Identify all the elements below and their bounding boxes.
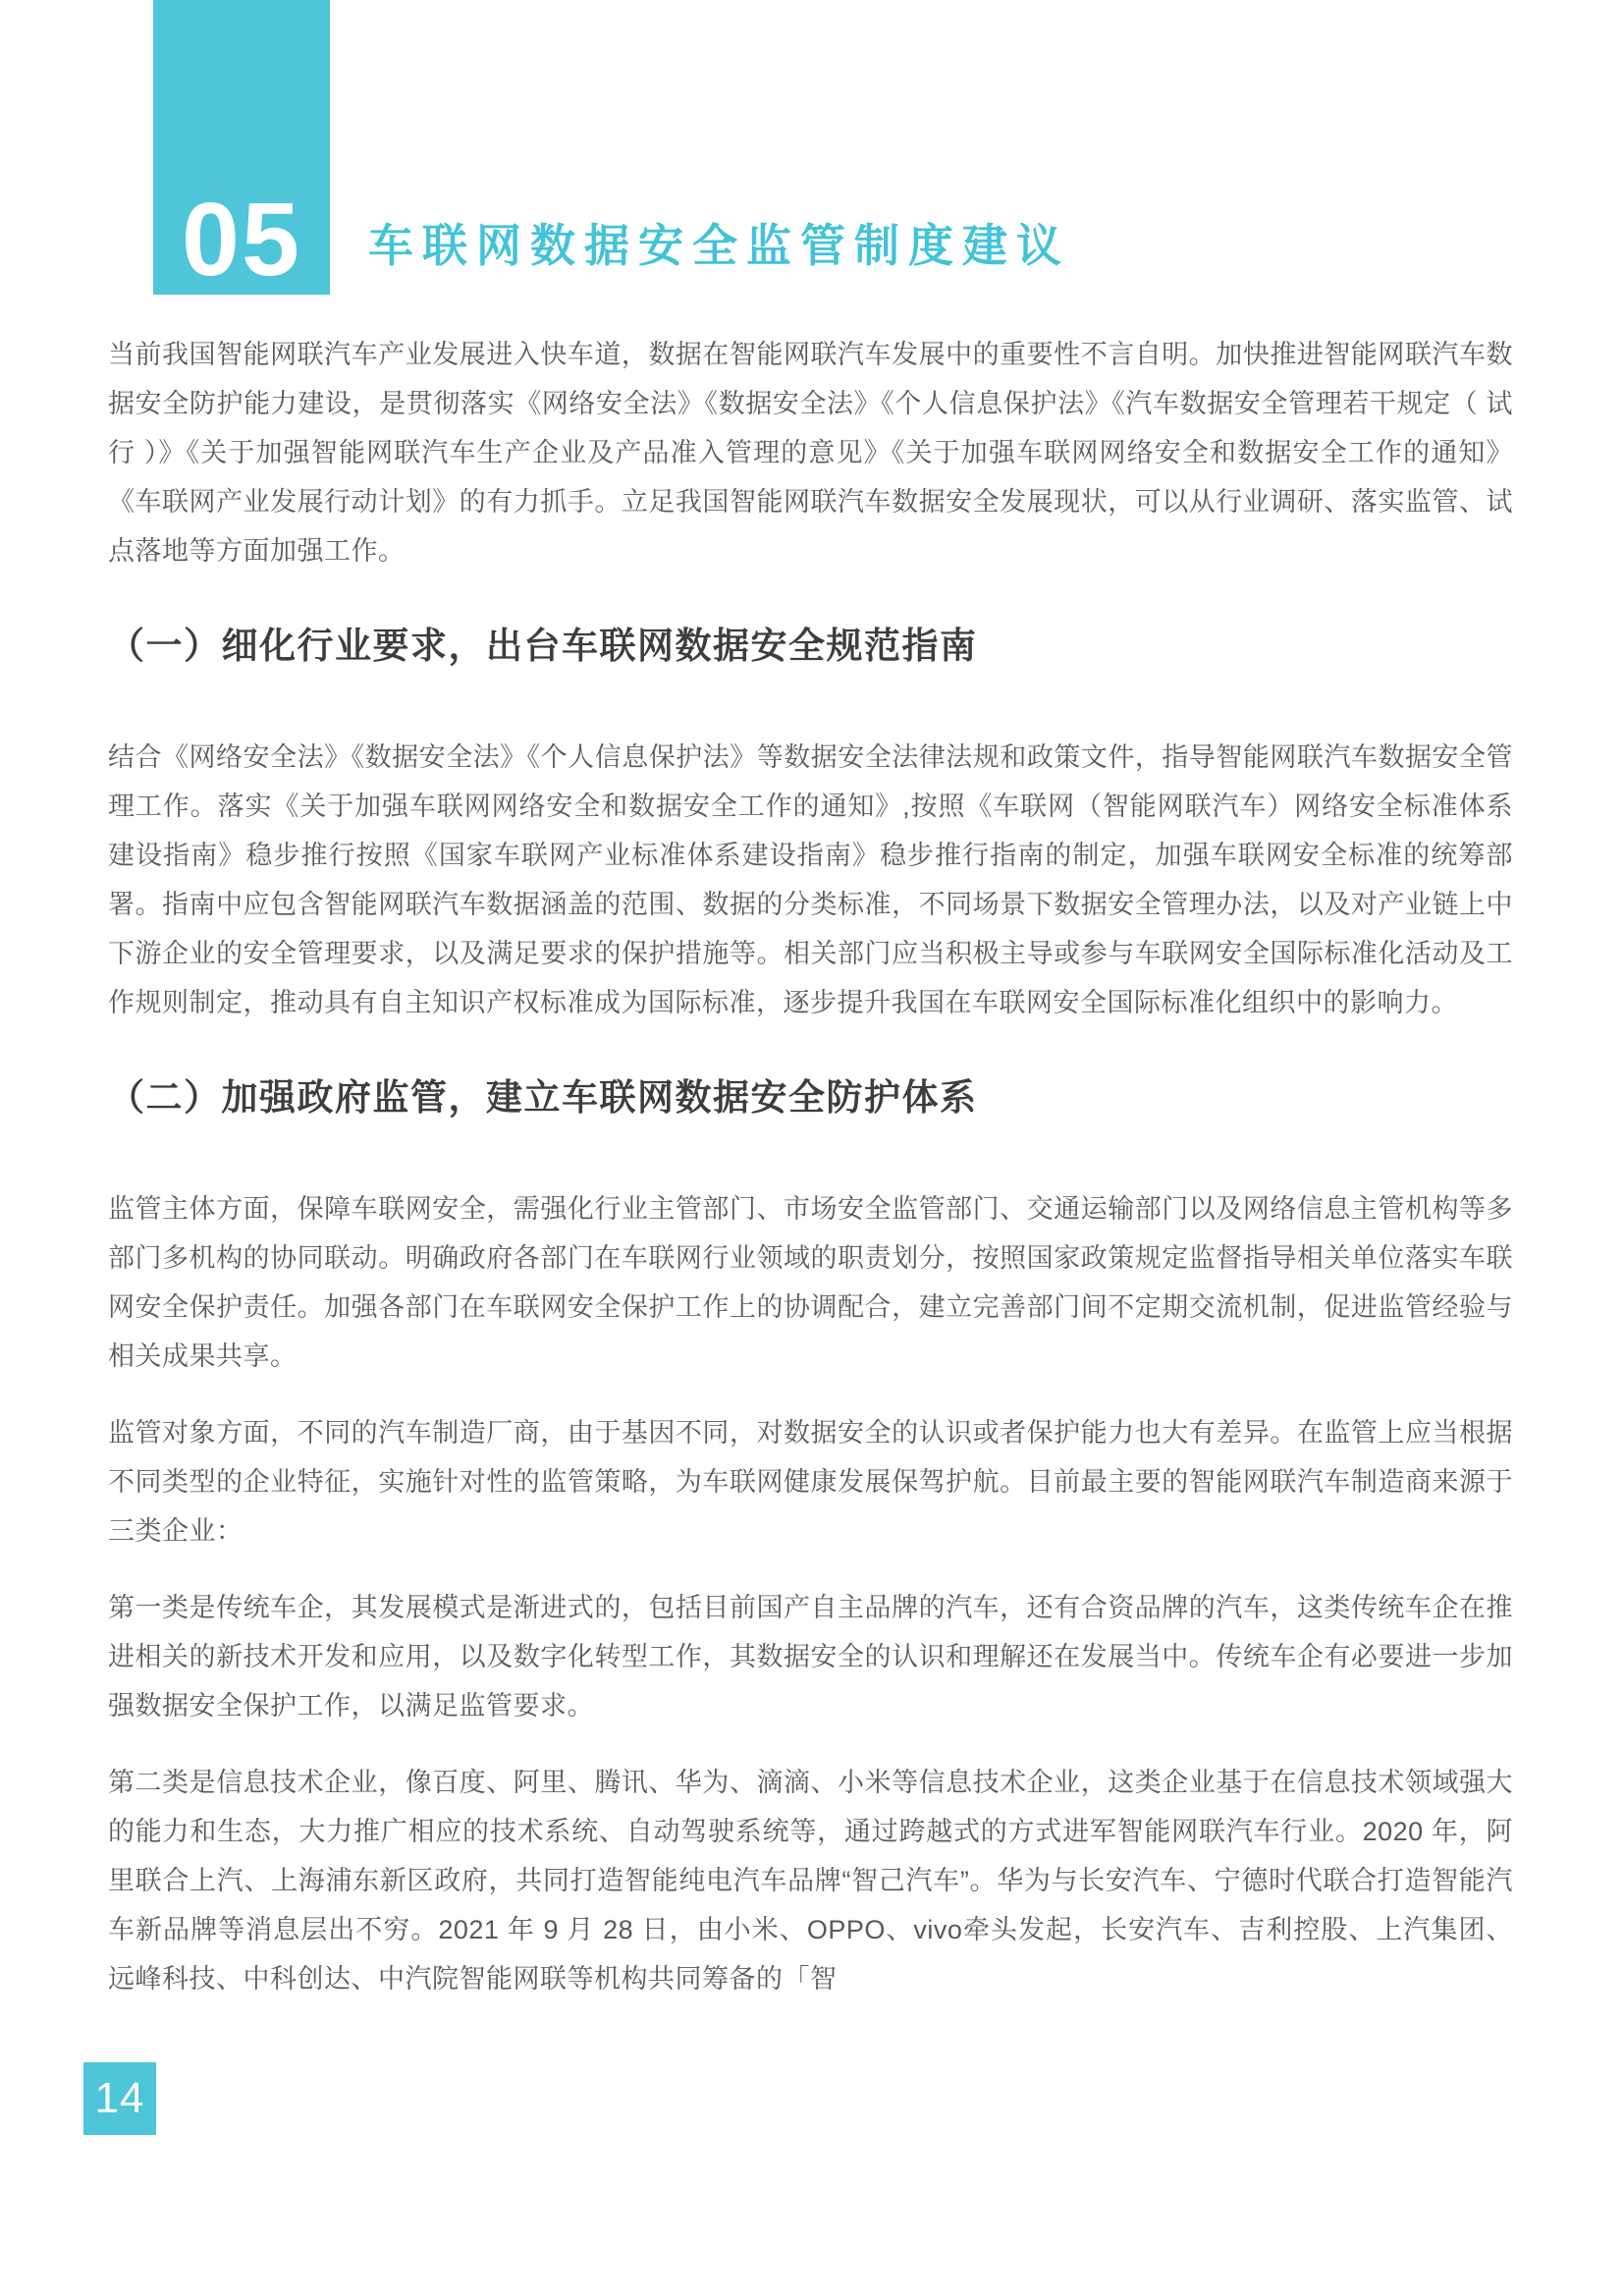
section-2-paragraph-2: 监管对象方面，不同的汽车制造厂商，由于基因不同，对数据安全的认识或者保护能力也大… — [108, 1408, 1513, 1556]
chapter-number-badge: 05 — [153, 0, 330, 295]
page-number-badge: 14 — [83, 2062, 156, 2135]
section-2-paragraph-1: 监管主体方面，保障车联网安全，需强化行业主管部门、市场安全监管部门、交通运输部门… — [108, 1184, 1513, 1381]
chapter-number: 05 — [182, 192, 301, 295]
page-content: 当前我国智能网联汽车产业发展进入快车道，数据在智能网联汽车发展中的重要性不言自明… — [108, 330, 1513, 2003]
section-2-paragraph-4: 第二类是信息技术企业，像百度、阿里、腾讯、华为、滴滴、小米等信息技术企业，这类企… — [108, 1758, 1513, 2003]
section-2-heading: （二）加强政府监管，建立车联网数据安全防护体系 — [108, 1074, 1513, 1121]
intro-paragraph: 当前我国智能网联汽车产业发展进入快车道，数据在智能网联汽车发展中的重要性不言自明… — [108, 330, 1513, 575]
section-2-paragraph-3: 第一类是传统车企，其发展模式是渐进式的，包括目前国产自主品牌的汽车，还有合资品牌… — [108, 1583, 1513, 1730]
section-1-paragraph-1: 结合《网络安全法》《数据安全法》《个人信息保护法》等数据安全法律法规和政策文件，… — [108, 733, 1513, 1027]
chapter-title: 车联网数据安全监管制度建议 — [368, 210, 1070, 275]
chapter-header: 05 车联网数据安全监管制度建议 — [0, 0, 1623, 295]
report-page: 05 车联网数据安全监管制度建议 当前我国智能网联汽车产业发展进入快车道，数据在… — [0, 0, 1623, 2296]
section-1-heading: （一）细化行业要求，出台车联网数据安全规范指南 — [108, 623, 1513, 670]
page-number: 14 — [95, 2074, 145, 2123]
